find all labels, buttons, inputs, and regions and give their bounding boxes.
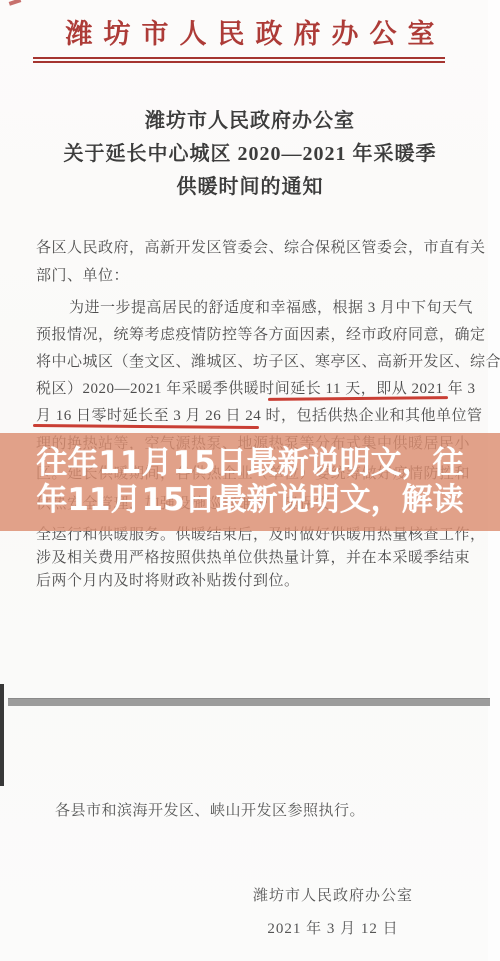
- body-line: 为进一步提高居民的舒适度和幸福感，根据 3 月中下旬天气: [36, 300, 489, 317]
- scanned-document-page: 潍坊市人民政府办公室 潍坊市人民政府办公室 关于延长中心城区 2020—2021…: [0, 0, 500, 961]
- scan-left-dark-bar: [0, 684, 4, 786]
- body-line: 将中心城区（奎文区、潍城区、坊子区、寒亭区、高新开发区、综合保: [36, 354, 456, 371]
- rule-bottom: [33, 61, 445, 63]
- body-line: 月 16 日零时延长至 3 月 26 日 24 时，包括供热企业和其他单位管: [36, 408, 456, 425]
- letterhead-double-rule: [33, 57, 445, 63]
- letterhead-agency: 潍坊市人民政府办公室: [0, 20, 500, 50]
- caption-overlay-banner: 往年11月15日最新说明文，往 年11月15日最新说明文，解读: [0, 433, 500, 531]
- doc-title-line-3: 供暖时间的通知: [0, 176, 500, 198]
- caption-line-2: 年11月15日最新说明文，解读: [0, 482, 500, 519]
- body-line: 各区人民政府，高新开发区管委会、综合保税区管委会，市直有关: [36, 240, 456, 257]
- body-line: 部门、单位：: [36, 268, 456, 285]
- execution-note: 各县市和滨海开发区、峡山开发区参照执行。: [55, 799, 365, 820]
- page-break-divider: [8, 698, 490, 706]
- body-line: 涉及相关费用严格按照供热单位供热量计算，并在本采暖季结束: [36, 550, 456, 567]
- doc-title-line-1: 潍坊市人民政府办公室: [0, 110, 500, 132]
- doc-title-line-2: 关于延长中心城区 2020—2021 年采暖季: [0, 143, 500, 165]
- red-underline-duration: [268, 396, 448, 401]
- caption-line-1: 往年11月15日最新说明文，往: [0, 445, 500, 482]
- body-line: 预报情况，统筹考虑疫情防控等各方面因素，经市政府同意，确定: [36, 327, 456, 344]
- scan-artifact-mark: [9, 0, 22, 6]
- red-underline-dates: [33, 424, 259, 429]
- signature-date: 2021 年 3 月 12 日: [248, 917, 418, 938]
- body-line: 后两个月内及时将财政补贴拨付到位。: [36, 573, 456, 590]
- signature-agency: 潍坊市人民政府办公室: [248, 884, 418, 905]
